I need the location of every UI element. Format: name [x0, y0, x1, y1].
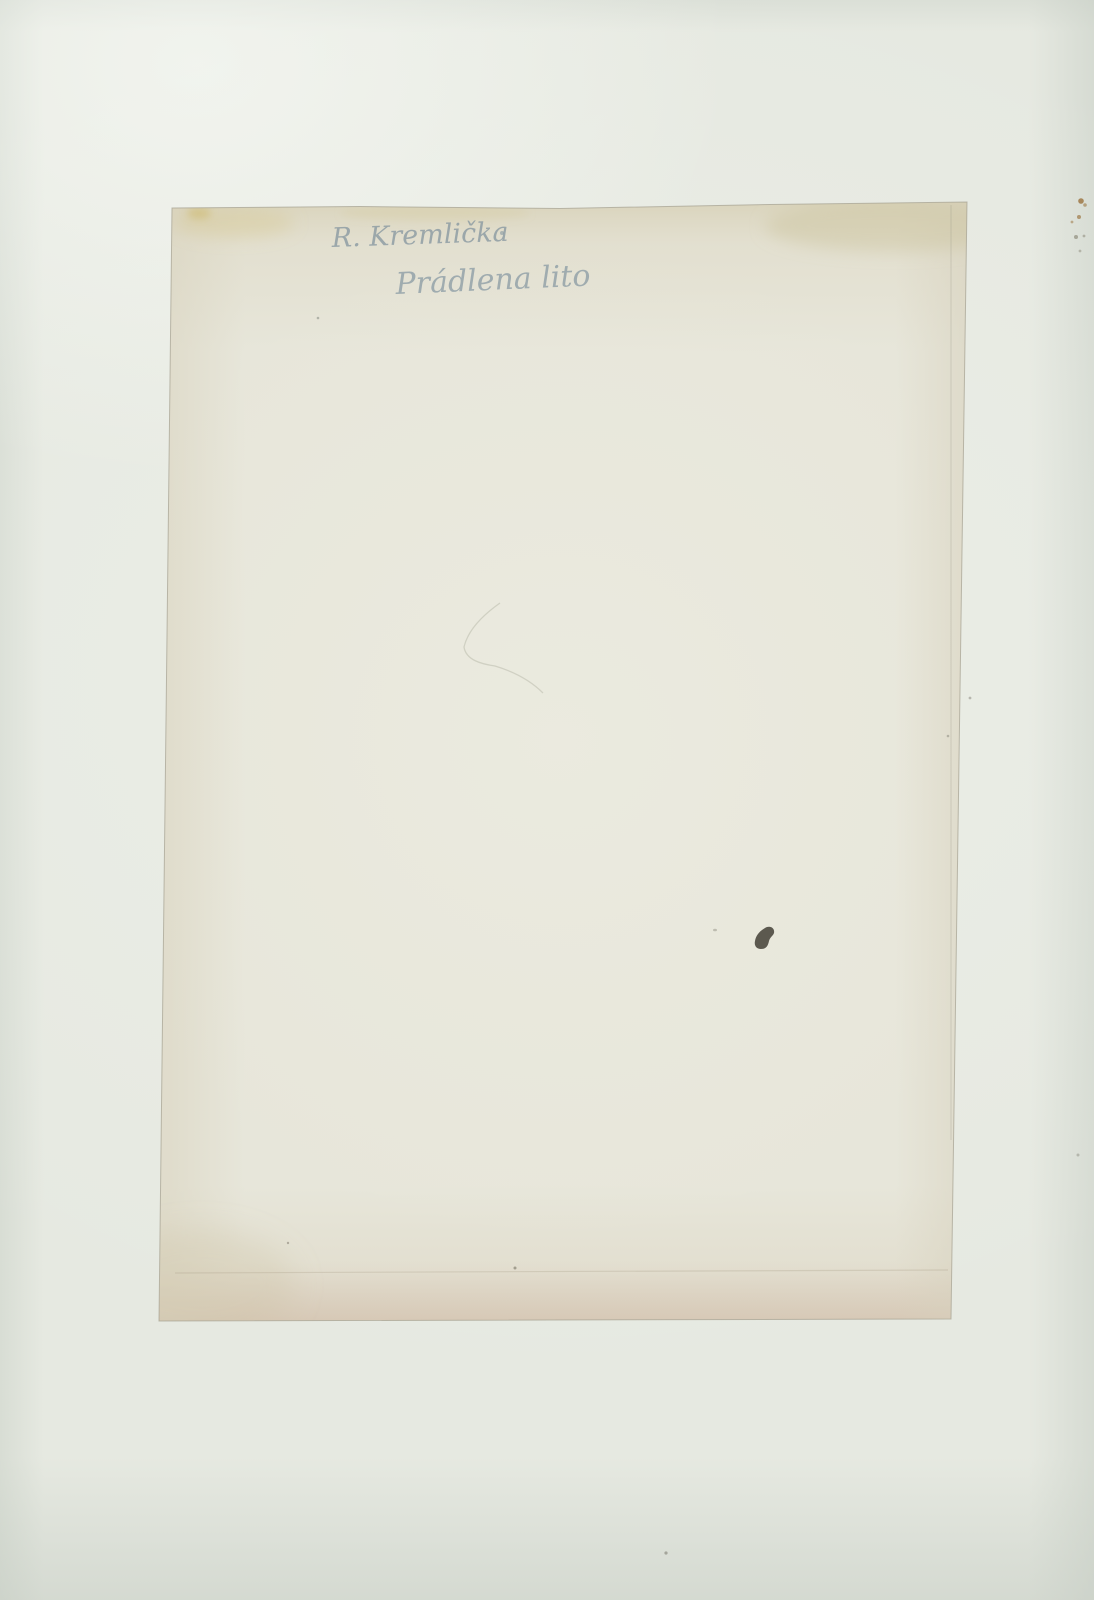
mount-fleck-1 [969, 697, 972, 700]
photo-of-print-verso: R. Kremlička Prádlena lito [0, 0, 1094, 1600]
sheet-left-toning [160, 195, 270, 1330]
foxing-specks-grey [1074, 235, 1085, 253]
print-sheet-scene: R. Kremlička Prádlena lito [0, 0, 1094, 1600]
inscription-line-1: R. Kremlička [330, 217, 509, 254]
inscription-dot [500, 231, 504, 235]
dust-dot-2 [947, 735, 950, 738]
dust-speck-left-of-ink [713, 929, 717, 932]
foxing-specks-brown [1071, 198, 1087, 223]
mount-fleck-3 [664, 1551, 667, 1554]
dust-dot-4 [514, 1267, 517, 1270]
mount-fleck-2 [1077, 1154, 1080, 1157]
print-sheet [105, 190, 1025, 1340]
sheet-right-toning [870, 195, 980, 1330]
dust-dot-1 [317, 317, 320, 320]
yellow-stain-spot [187, 207, 211, 219]
top-right-dark-band [765, 200, 1025, 252]
bottom-left-toning-patch [105, 1230, 295, 1340]
dust-dot-3 [287, 1242, 289, 1244]
